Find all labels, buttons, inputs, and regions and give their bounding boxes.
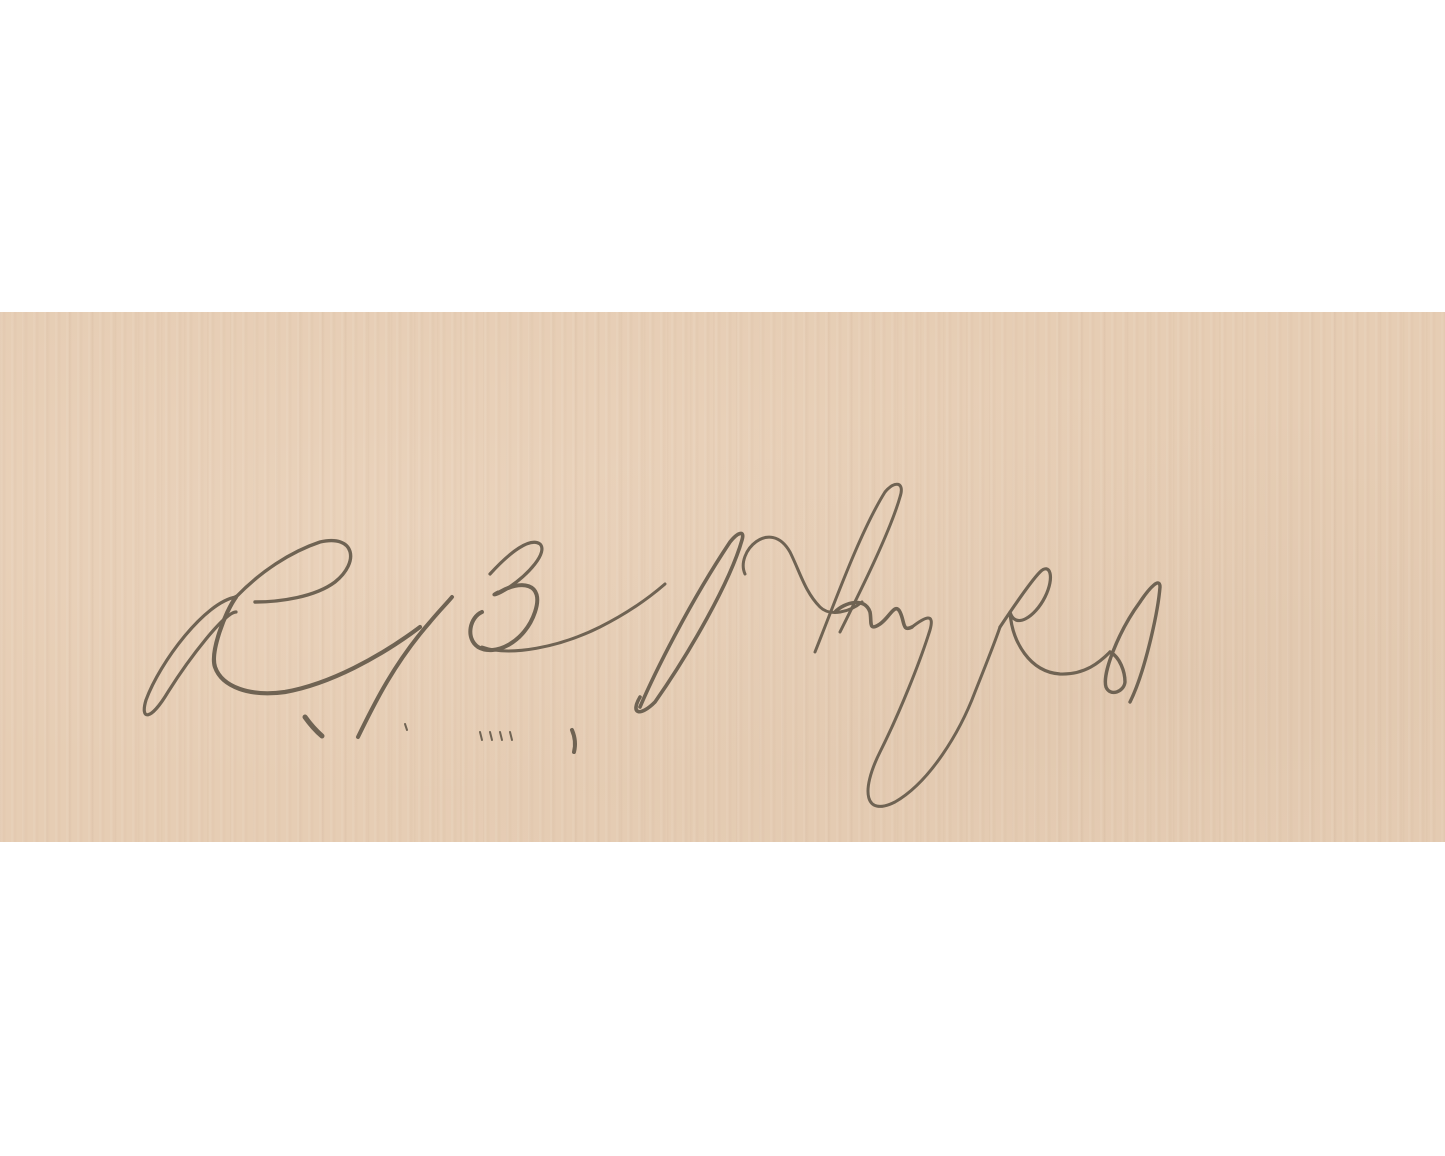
signature-letter-r (144, 541, 420, 736)
signature-letter-b (358, 542, 665, 752)
signature-letters-ayes (835, 569, 1160, 807)
signature-letter-h (636, 484, 901, 711)
aged-paper-card: R. B. Hayes (0, 312, 1445, 842)
signature-image (0, 312, 1445, 842)
